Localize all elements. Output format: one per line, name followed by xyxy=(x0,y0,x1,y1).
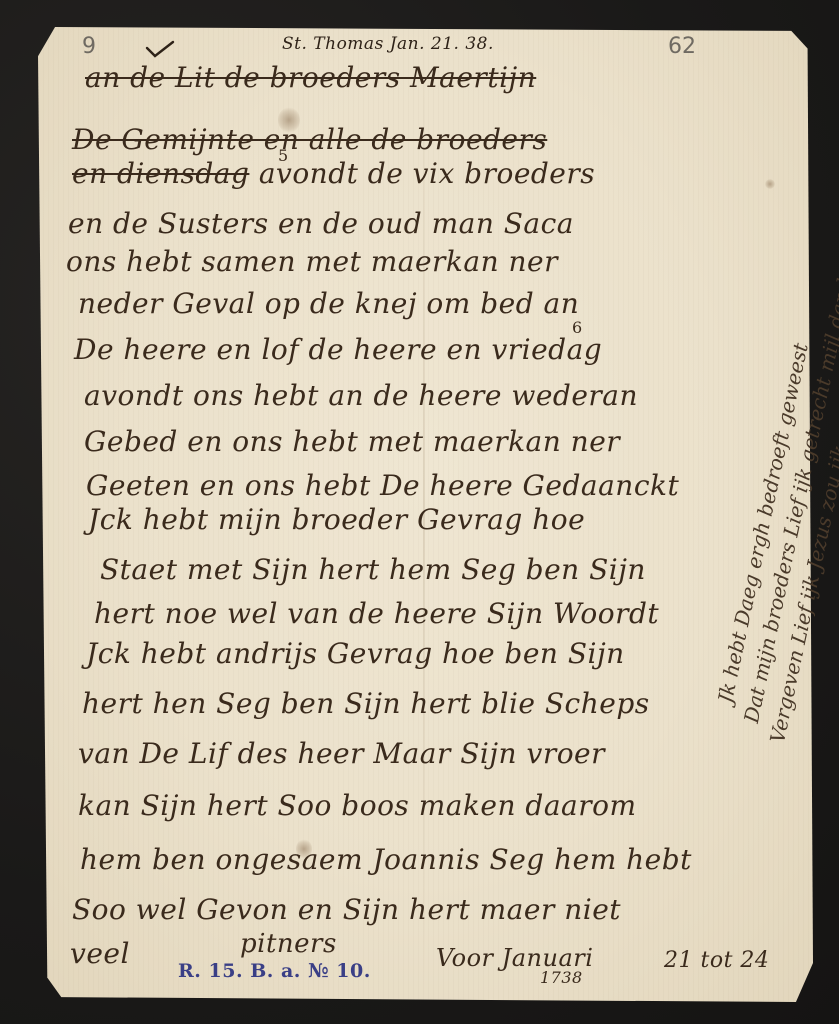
letter-line-12: Staet met Sijn hert hem Seg ben Sijn xyxy=(100,556,646,584)
letter-line-5: ons hebt samen met maerkan ner xyxy=(66,248,558,276)
letter-line-16: van De Lif des heer Maar Sijn vroer xyxy=(78,740,605,768)
closing-date-day-range: 21 tot 24 xyxy=(664,948,769,973)
checkmark-icon xyxy=(145,40,175,58)
letter-line-10: Geeten en ons hebt De heere Gedaanckt xyxy=(86,472,679,500)
letter-line-17: kan Sijn hert Soo boos maken daarom xyxy=(78,792,637,820)
letter-line-2-struck: De Gemijnte en alle de broeders xyxy=(72,126,547,154)
closing-date-year: 1738 xyxy=(540,968,583,987)
superscript-annotation-6: 6 xyxy=(572,318,582,337)
signature: pitners xyxy=(240,930,337,958)
letter-line-6: neder Geval op de knej om bed an xyxy=(78,290,579,318)
margin-notes: Jk hebt Daeg ergh bedroeft geweest Dat m… xyxy=(705,40,795,880)
pencil-folio-mark-left: 9 xyxy=(82,34,96,59)
letter-line-1-struck: an de Lit de broeders Maertijn xyxy=(85,64,536,92)
archive-stamp: R. 15. B. a. № 10. xyxy=(178,960,371,982)
letter-line-8: avondt ons hebt an de heere wederan xyxy=(84,382,638,410)
letter-line-20: veel xyxy=(70,940,130,968)
line-text: avondt de vix broeders xyxy=(259,157,595,190)
letter-line-13: hert noe wel van de heere Sijn Woordt xyxy=(94,600,659,628)
letter-line-15: hert hen Seg ben Sijn hert blie Scheps xyxy=(82,690,650,718)
header-place-date: St. Thomas Jan. 21. 38. xyxy=(282,34,494,54)
superscript-annotation-5: 5 xyxy=(278,146,288,165)
pencil-folio-mark-right: 62 xyxy=(668,34,696,59)
struck-words: en diensdag xyxy=(72,157,249,190)
letter-line-9: Gebed en ons hebt met maerkan ner xyxy=(84,428,620,456)
letter-line-14: Jck hebt andrijs Gevrag hoe ben Sijn xyxy=(86,640,625,668)
letter-line-18: hem ben ongesaem Joannis Seg hem hebt xyxy=(80,846,692,874)
letter-line-19: Soo wel Gevon en Sijn hert maer niet xyxy=(72,896,621,924)
letter-line-11: Jck hebt mijn broeder Gevrag hoe xyxy=(88,506,585,534)
letter-line-4: en de Susters en de oud man Saca xyxy=(68,210,574,238)
letter-line-7: De heere en lof de heere en vriedag xyxy=(74,336,602,364)
letter-line-3: en diensdag avondt de vix broeders xyxy=(72,160,595,188)
